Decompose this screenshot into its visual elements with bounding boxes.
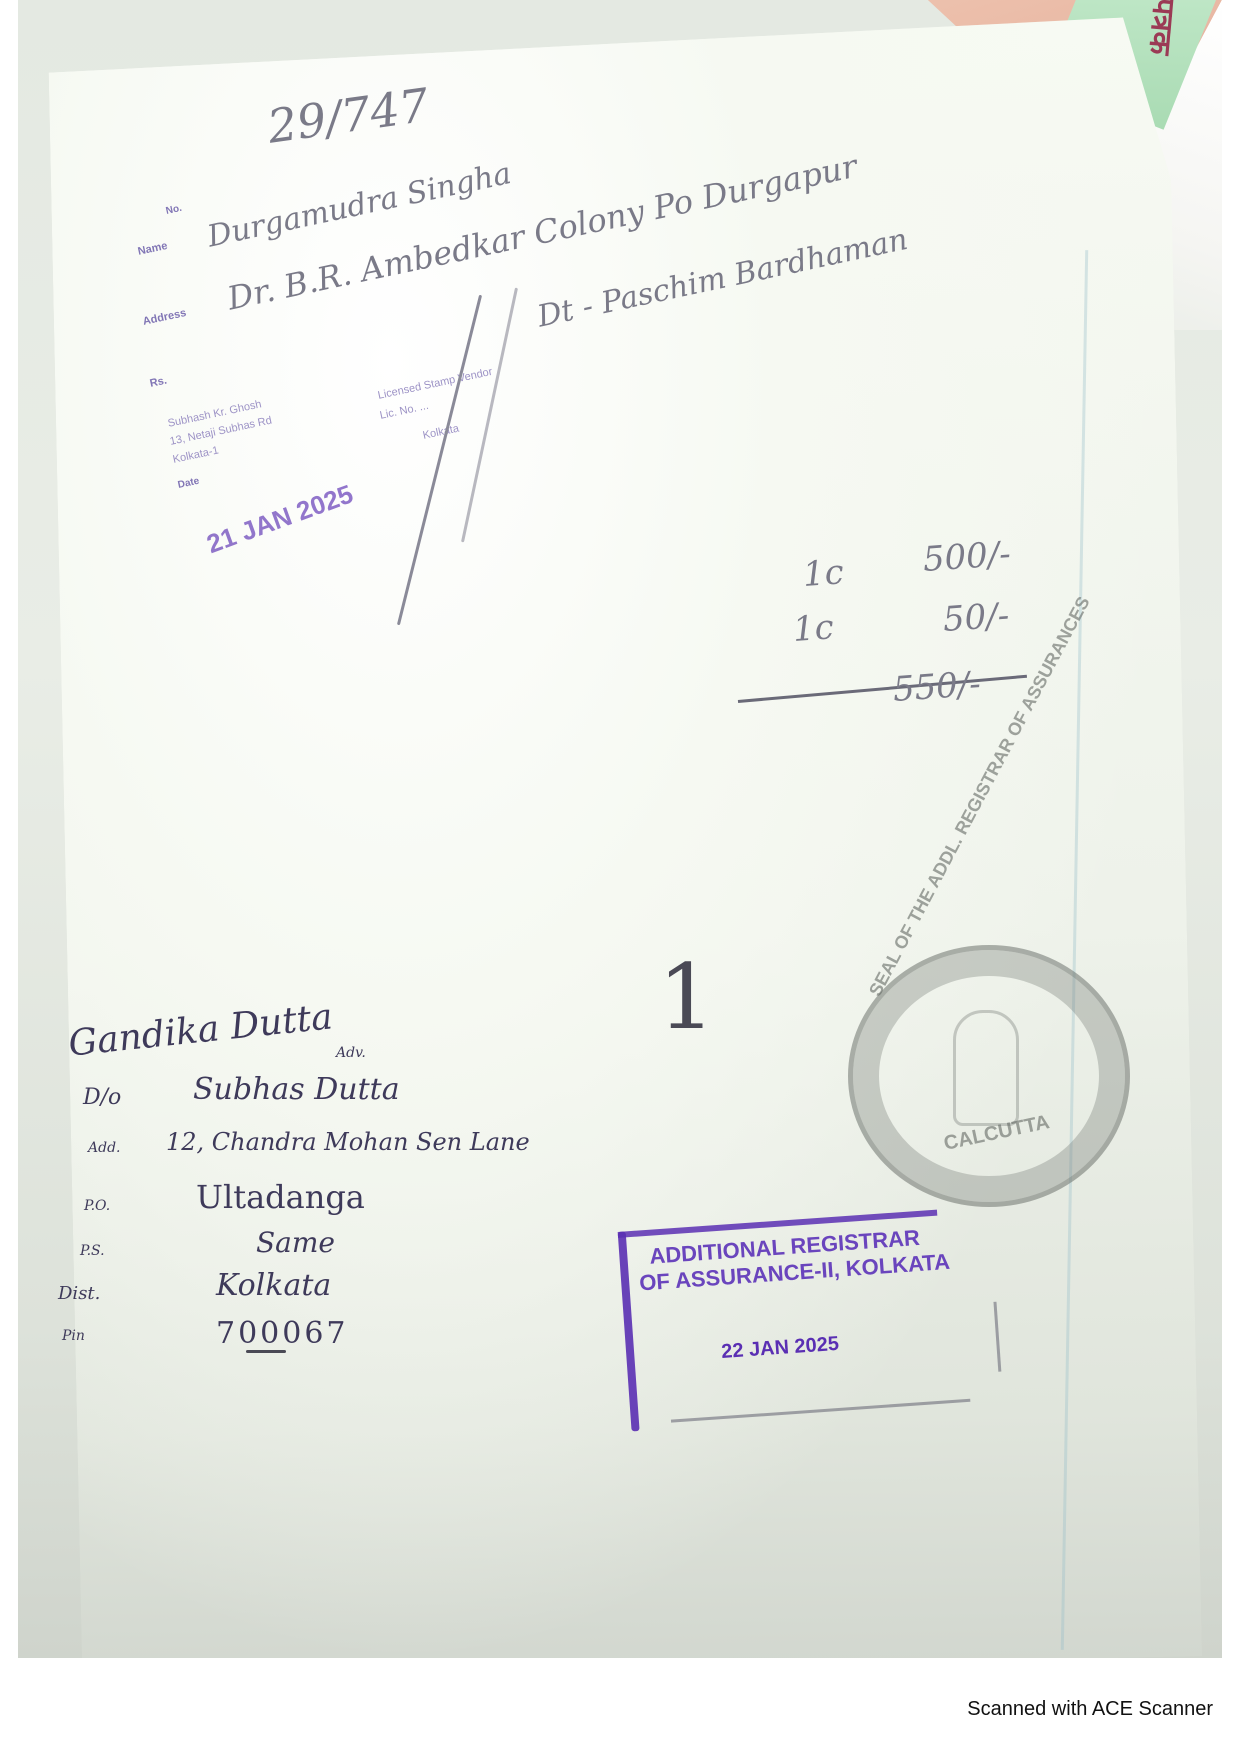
registrar-stamp: ADDITIONAL REGISTRAR OF ASSURANCE-II, KO…	[616, 1181, 1010, 1427]
pin-underline	[246, 1350, 286, 1353]
identifier-label-do: D/o	[83, 1085, 121, 1110]
identifier-value-address: 12, Chandra Mohan Sen Lane	[166, 1128, 530, 1156]
scanner-watermark: Scanned with ACE Scanner	[967, 1698, 1213, 1721]
identifier-value-father: Subhas Dutta	[193, 1072, 400, 1107]
fee-line-2-qty: 1c	[792, 607, 835, 650]
identifier-label-address: Add.	[88, 1140, 120, 1156]
corner-paper-text: पत्रक	[1141, 0, 1187, 56]
scanned-photo: पत्रक 29/747 No. Name Address Rs. Durgam…	[18, 0, 1222, 1658]
fee-total: 550/-	[892, 664, 982, 710]
document-page	[48, 17, 1202, 1658]
registrar-stamp-date: 22 JAN 2025	[721, 1333, 840, 1364]
fee-line-1-amount: 500/-	[922, 534, 1012, 580]
identifier-value-po: Ultadanga	[196, 1178, 365, 1216]
identifier-value-ps: Same	[256, 1226, 335, 1259]
fee-line-1-qty: 1c	[802, 552, 845, 595]
identifier-label-dist: Dist.	[58, 1283, 100, 1304]
identifier-designation: Adv.	[336, 1045, 366, 1061]
official-seal: SEAL OF THE ADDL. REGISTRAR OF ASSURANCE…	[848, 945, 1130, 1207]
identifier-label-ps: P.S.	[80, 1243, 105, 1259]
identifier-label-pin: Pin	[62, 1328, 85, 1344]
identifier-value-pin: 700067	[216, 1316, 349, 1351]
stamp-right-border	[993, 1302, 1001, 1372]
emblem-icon	[953, 1010, 1019, 1126]
identifier-label-po: P.O.	[84, 1198, 110, 1214]
identifier-value-dist: Kolkata	[216, 1268, 331, 1303]
center-mark: 1	[658, 945, 715, 1050]
fee-line-2-amount: 50/-	[942, 595, 1011, 640]
